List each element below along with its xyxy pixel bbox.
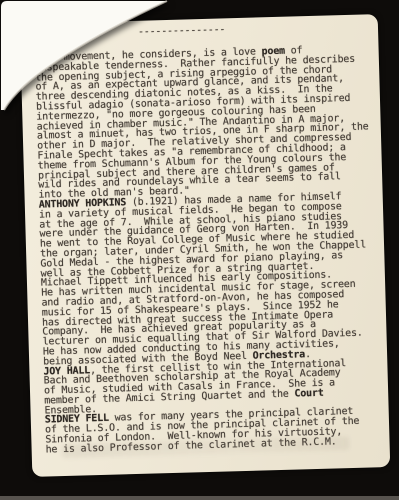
page-curl-shape [1,1,167,110]
photo-background: Each movement, he considers, is a love p… [0,0,399,500]
page-curl [0,0,180,118]
photo-edge-strip [0,496,399,500]
